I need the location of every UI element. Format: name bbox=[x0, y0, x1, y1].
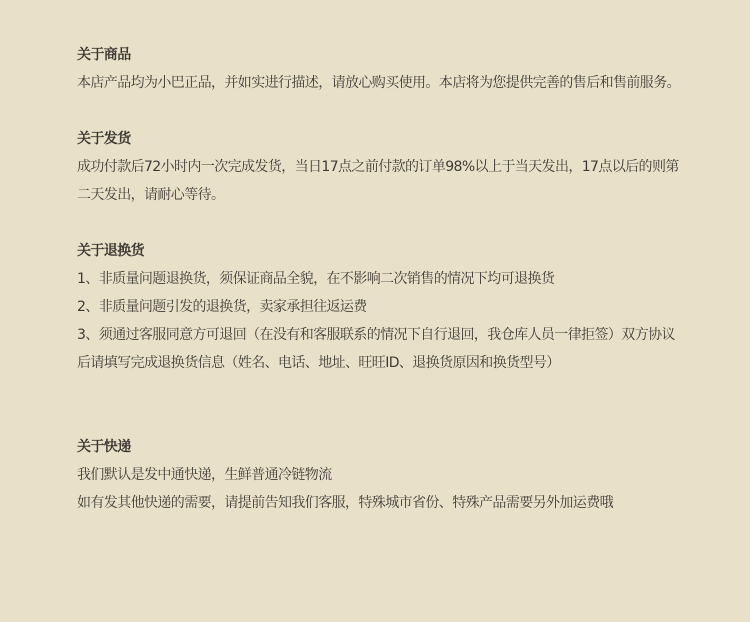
paragraph-line: 1、非质量问题退换货，须保证商品全貌，在不影响二次销售的情况下均可退换货 bbox=[77, 265, 742, 293]
paragraph-line: 我们默认是发中通快递，生鲜普通冷链物流 bbox=[77, 461, 742, 489]
paragraph-line: 本店产品均为小巴正品，并如实进行描述，请放心购买使用。本店将为您提供完善的售后和… bbox=[77, 69, 742, 97]
section-about-courier: 关于快递 我们默认是发中通快递，生鲜普通冷链物流 如有发其他快递的需要，请提前告… bbox=[77, 433, 742, 517]
section-about-shipping: 关于发货 成功付款后72小时内一次完成发货，当日17点之前付款的订单98%以上于… bbox=[77, 125, 742, 209]
section-title: 关于商品 bbox=[77, 41, 742, 69]
paragraph-line: 2、非质量问题引发的退换货，卖家承担往返运费 bbox=[77, 293, 742, 321]
spacer bbox=[77, 377, 742, 433]
section-title: 关于退换货 bbox=[77, 237, 742, 265]
spacer bbox=[77, 209, 742, 237]
paragraph-line: 后请填写完成退换货信息（姓名、电话、地址、旺旺ID、退换货原因和换货型号） bbox=[77, 349, 742, 377]
paragraph-line: 成功付款后72小时内一次完成发货，当日17点之前付款的订单98%以上于当天发出，… bbox=[77, 153, 742, 181]
section-about-products: 关于商品 本店产品均为小巴正品，并如实进行描述，请放心购买使用。本店将为您提供完… bbox=[77, 41, 742, 97]
paragraph-line: 如有发其他快递的需要，请提前告知我们客服，特殊城市省份、特殊产品需要另外加运费哦 bbox=[77, 489, 742, 517]
section-title: 关于快递 bbox=[77, 433, 742, 461]
section-about-returns: 关于退换货 1、非质量问题退换货，须保证商品全貌，在不影响二次销售的情况下均可退… bbox=[77, 237, 742, 377]
paragraph-line: 3、须通过客服同意方可退回（在没有和客服联系的情况下自行退回，我仓库人员一律拒签… bbox=[77, 321, 742, 349]
store-policy-document: 关于商品 本店产品均为小巴正品，并如实进行描述，请放心购买使用。本店将为您提供完… bbox=[77, 41, 742, 517]
paragraph-line: 二天发出，请耐心等待。 bbox=[77, 181, 742, 209]
spacer bbox=[77, 97, 742, 125]
section-title: 关于发货 bbox=[77, 125, 742, 153]
